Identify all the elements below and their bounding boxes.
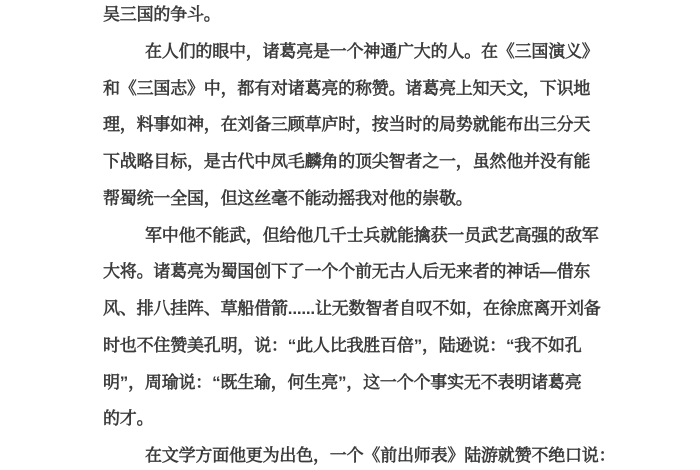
text-line: 明”，周瑜说：“既生瑜，何生亮”，这一个个事实无不表明诸葛亮 [103,365,700,402]
text-line: 在文学方面他更为出色，一个《前出师表》陆游就赞不绝口说： [103,438,700,470]
essay-text-block: 吴三国的争斗。 在人们的眼中，诸葛亮是一个神通广大的人。在《三国演义》 和《三国… [0,0,700,470]
text-line: 风、排八挂阵、草船借箭......让无数智者自叹不如，在徐庶离开刘备 [103,291,700,328]
text-line: 在人们的眼中，诸葛亮是一个神通广大的人。在《三国演义》 [103,34,700,71]
text-line: 吴三国的争斗。 [103,0,700,34]
text-line: 和《三国志》中，都有对诸葛亮的称赞。诸葛亮上知天文，下识地 [103,71,700,108]
text-line: 大将。诸葛亮为蜀国创下了一个个前无古人后无来者的神话—借东 [103,254,700,291]
text-line: 帮蜀统一全国，但这丝毫不能动摇我对他的崇敬。 [103,181,700,218]
text-line: 的才。 [103,401,700,438]
document-page: 吴三国的争斗。 在人们的眼中，诸葛亮是一个神通广大的人。在《三国演义》 和《三国… [0,0,700,470]
text-line: 时也不住赞美孔明，说：“此人比我胜百倍”，陆逊说：“我不如孔 [103,328,700,365]
text-line: 军中他不能武，但给他几千士兵就能擒获一员武艺高强的敌军 [103,218,700,255]
text-line: 下战略目标，是古代中凤毛麟角的顶尖智者之一，虽然他并没有能 [103,144,700,181]
text-line: 理，料事如神，在刘备三顾草庐时，按当时的局势就能布出三分天 [103,107,700,144]
